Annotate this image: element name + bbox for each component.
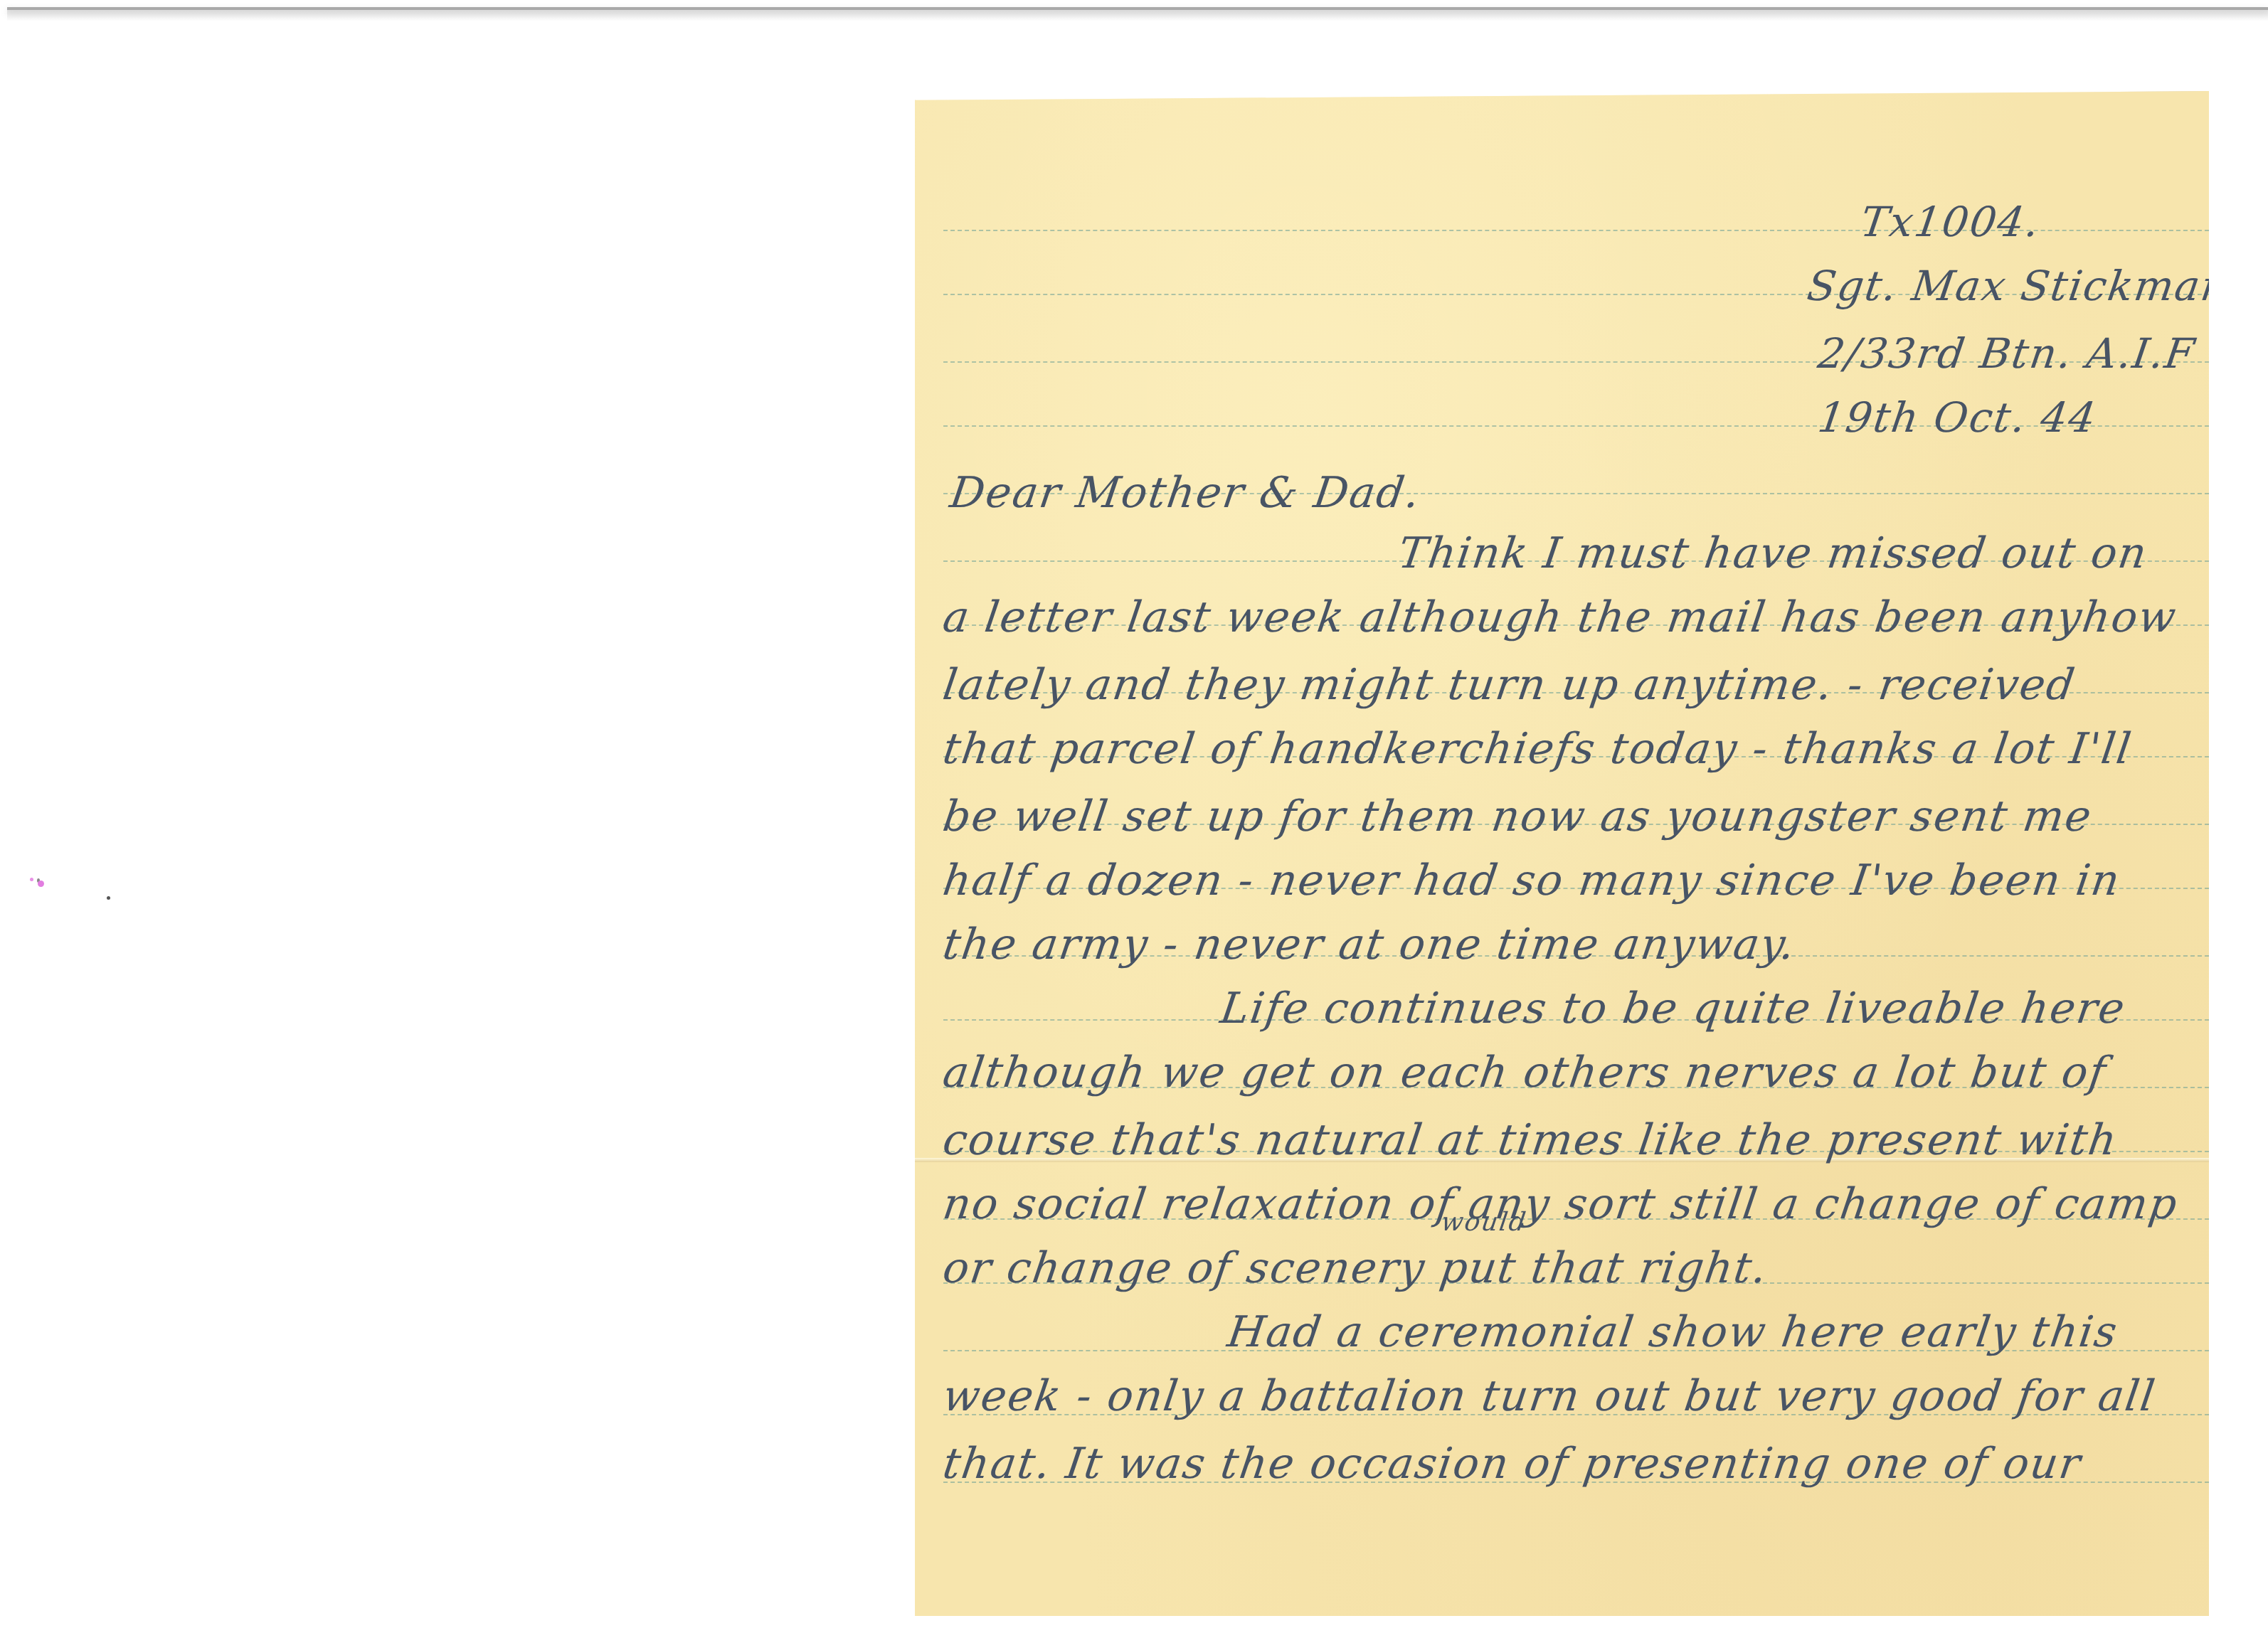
body-line: although we get on each others nerves a … [940, 1048, 2110, 1097]
body-line: no social relaxation of any sort still a… [940, 1179, 2181, 1229]
scanner-edge-shadow [7, 10, 2268, 21]
body-line: that. It was the occasion of presenting … [940, 1439, 2084, 1489]
insertion-word: would [1439, 1208, 1529, 1237]
body-line: lately and they might turn up anytime. -… [940, 660, 2079, 710]
scan-speck [107, 896, 110, 900]
body-line: be well set up for them now as youngster… [940, 792, 2095, 841]
body-line: course that's natural at times like the … [940, 1115, 2121, 1165]
body-line: the army - never at one time anyway. [940, 920, 1799, 969]
service-number: Tx1004. [1858, 198, 2043, 246]
sender-unit: 2/33rd Btn. A.I.F [1815, 329, 2198, 378]
scan-speck [30, 878, 33, 881]
body-line: half a dozen - never had so many since I… [940, 856, 2124, 905]
salutation: Dear Mother & Dad. [947, 468, 1424, 518]
body-line: a letter last week although the mail has… [940, 592, 2180, 642]
body-line: week - only a battalion turn out but ver… [940, 1371, 2159, 1421]
body-line: Life continues to be quite liveable here [1217, 984, 2129, 1033]
body-line: Think I must have missed out on [1395, 528, 2151, 578]
body-line: that parcel of handkerchiefs today - tha… [940, 724, 2135, 774]
letter-page: Tx1004. Sgt. Max Stickman 2/33rd Btn. A.… [915, 91, 2209, 1616]
scan-speck [38, 881, 44, 887]
body-line: or change of scenery put that right. [940, 1243, 1771, 1293]
body-line: Had a ceremonial show here early this [1224, 1307, 2121, 1357]
letter-date: 19th Oct. 44 [1815, 393, 2099, 442]
sender-name: Sgt. Max Stickman [1804, 262, 2232, 310]
